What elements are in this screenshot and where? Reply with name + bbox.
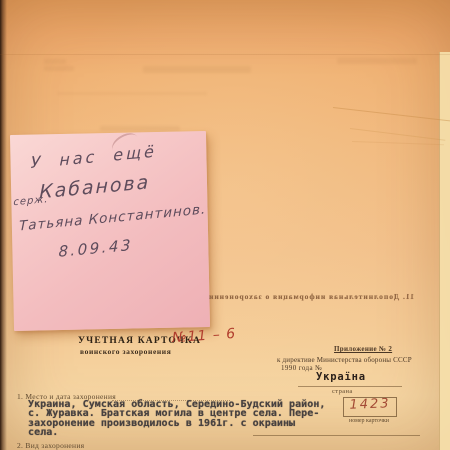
underlying-page-edge [439,52,450,450]
document-photo: У нас ещё серж. Кабанова Татьяна Констан… [0,0,450,450]
card-number-box: 1423 [343,397,397,417]
section1-typed-text: Украина, Сумская область, Середино-Будск… [28,400,325,438]
card-number-value: 1423 [344,396,396,413]
note-handwriting-surname: Кабанова [39,171,150,203]
showthrough-smudge [337,58,417,64]
showthrough-smudge [44,59,66,64]
section-divider-rule [253,435,420,436]
photo-left-edge [0,0,7,450]
typed-line: села. [28,428,325,437]
page-corner-edge [350,128,445,141]
showthrough-smudge [57,92,207,95]
note-handwriting-line1: У нас ещё [31,142,157,173]
annex-heading: Приложение № 2 [334,345,392,353]
note-handwriting-name: Татьяна Константинов. [19,201,206,234]
sticky-note: У нас ещё серж. Кабанова Татьяна Констан… [10,131,210,331]
paper-fold-line [0,54,450,55]
note-handwriting-date: 8.09.43 [58,236,133,261]
handwritten-grave-number: №11 – 6 [172,326,237,346]
country-label: страна [332,388,353,395]
page-corner-edge [352,141,444,145]
showthrough-smudge [143,66,251,73]
showthrough-smudge [100,126,180,131]
card-number-label: номер карточки [341,418,397,424]
section2-label: 2. Вид захоронения [17,441,84,450]
page-corner-edge [333,107,450,121]
mirrored-showthrough-text: 11. Дополнительная информация о захороне… [208,292,414,301]
annex-directive-line: к директиве Министерства обороны СССР [277,356,412,364]
country-value: Україна [316,371,366,383]
card-subtitle: воинского захоронения [80,347,171,356]
typed-line: захоронение производилось в 1961г. с окр… [28,419,325,428]
showthrough-smudge [44,66,74,71]
country-underline [298,386,402,387]
